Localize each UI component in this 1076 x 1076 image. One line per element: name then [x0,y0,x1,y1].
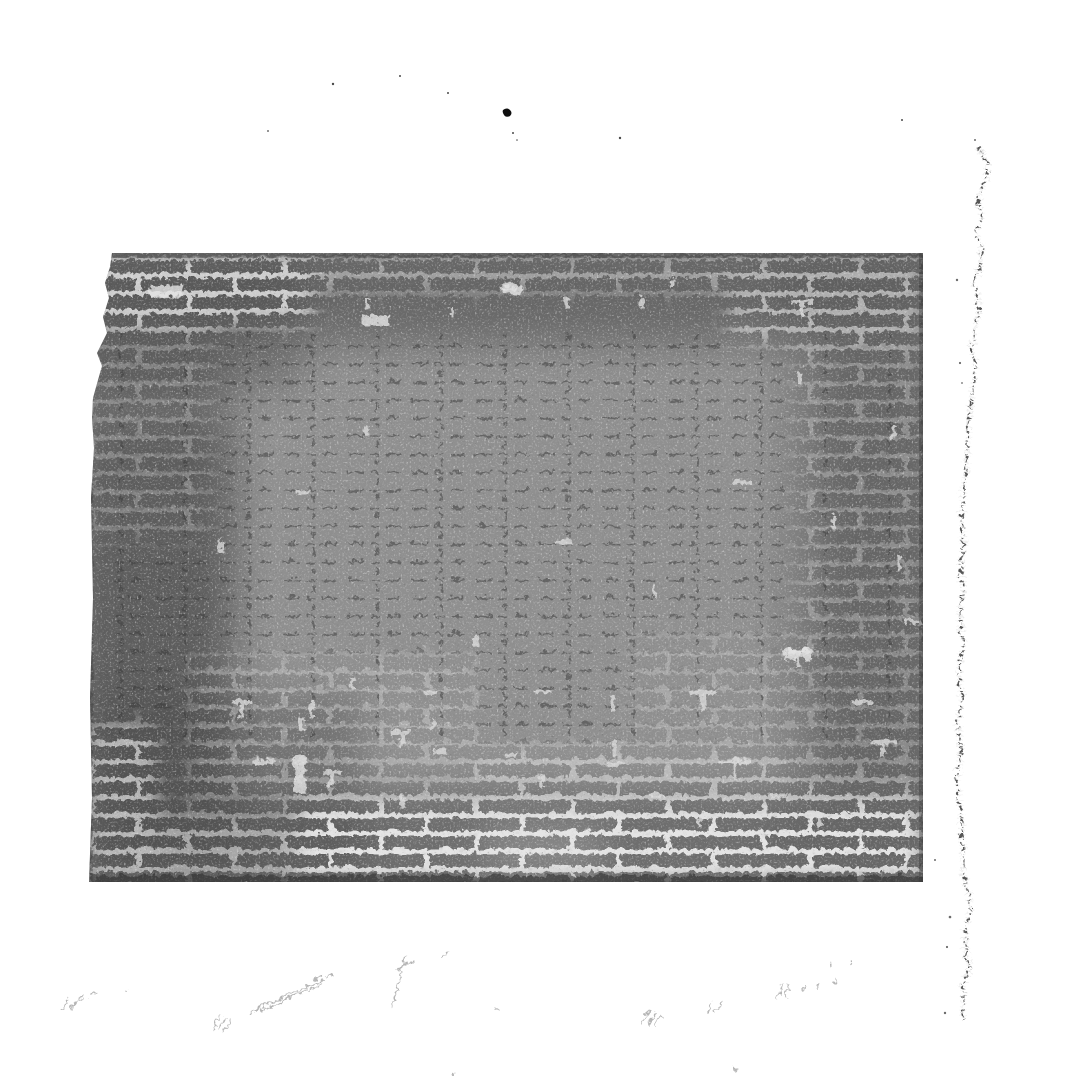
torn-edge-speckle-band [955,145,987,1018]
torn-paper-edge [934,139,987,1018]
brick-wall-photo [88,253,923,882]
halftone-grain [88,253,923,882]
ink-speck [503,109,512,117]
page-scene [0,0,1076,1076]
torn-edge-line [955,145,987,1018]
torn-edge-specks [934,139,976,1014]
pencil-smudges [58,950,849,1074]
scanned-book-page [0,0,1076,1076]
dust-specks [267,75,903,141]
